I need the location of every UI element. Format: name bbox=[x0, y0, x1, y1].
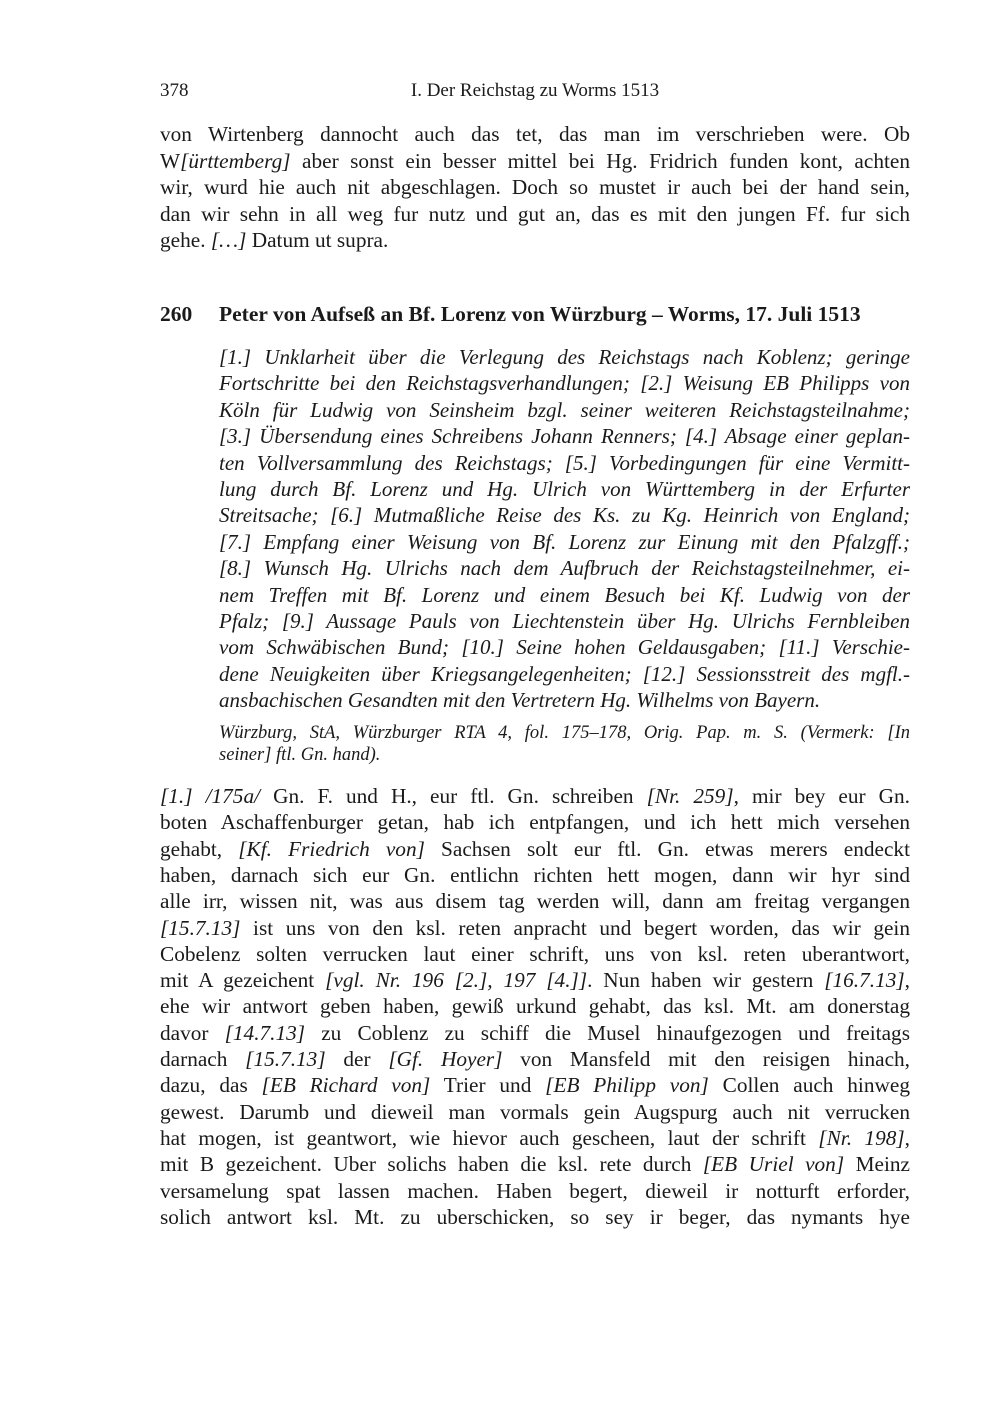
editorial-annotation: [EB Uriel von] bbox=[703, 1152, 844, 1176]
text-run: zu Coblenz zu schiff die Musel hinaufgez… bbox=[305, 1021, 910, 1045]
source-line: Würzburg, StA, Würzburger RTA 4, fol. 17… bbox=[219, 722, 910, 744]
editorial-annotation: seiner] bbox=[219, 745, 271, 765]
text-line: dazu, das [EB Richard von] Trier und [EB… bbox=[160, 1072, 910, 1098]
text-run: Gn. F. und H., eur ftl. Gn. schreiben bbox=[260, 784, 647, 808]
text-run: mit A gezeichent bbox=[160, 968, 325, 992]
summary-line: [7.] Empfang einer Weisung von Bf. Loren… bbox=[219, 529, 910, 555]
text-run: gehe. bbox=[160, 228, 211, 252]
document-number: 260 bbox=[160, 300, 219, 328]
text-run: von Wirtenberg dannocht auch das tet, da… bbox=[160, 122, 910, 146]
text-run: [7.] Empfang einer Weisung von Bf. Loren… bbox=[219, 530, 910, 554]
text-line: darnach [15.7.13] der [Gf. Hoyer] von Ma… bbox=[160, 1046, 910, 1072]
text-line: alle irr, wissen nit, was aus disem tag … bbox=[160, 888, 910, 914]
text-run: W bbox=[160, 149, 180, 173]
text-run: gehabt, bbox=[160, 837, 238, 861]
text-line: dan wir sehn in all weg fur nutz und gut… bbox=[160, 201, 910, 227]
text-line: gehe. […] Datum ut supra. bbox=[160, 227, 910, 253]
text-run: der bbox=[326, 1047, 389, 1071]
text-line: mit A gezeichent [vgl. Nr. 196 [2.], 197… bbox=[160, 967, 910, 993]
summary-line: Streitsache; [6.] Mutmaßliche Reise des … bbox=[219, 502, 910, 528]
summary-line: Fortschritte bei den Reichstagsverhandlu… bbox=[219, 370, 910, 396]
text-line: gehabt, [Kf. Friedrich von] Sachsen solt… bbox=[160, 836, 910, 862]
running-head: 378 I. Der Reichstag zu Worms 1513 bbox=[160, 80, 910, 108]
summary-line: dene Neuigkeiten über Kriegsangelegenhei… bbox=[219, 661, 910, 687]
text-run: aber sonst ein besser mittel bei Hg. Fri… bbox=[291, 149, 910, 173]
text-line: Cobelenz solten verrucken laut einer sch… bbox=[160, 941, 910, 967]
text-line: von Wirtenberg dannocht auch das tet, da… bbox=[160, 121, 910, 147]
text-run: , mir bey eur Gn. bbox=[734, 784, 910, 808]
editorial-annotation: [Nr. 198] bbox=[818, 1126, 904, 1150]
text-run: . Nun haben wir gestern bbox=[587, 968, 824, 992]
text-run: dazu, das bbox=[160, 1073, 262, 1097]
text-run: ansbachischen Gesandten mit den Vertrete… bbox=[219, 688, 820, 712]
summary-line: lung durch Bf. Lorenz und Hg. Ulrich von… bbox=[219, 476, 910, 502]
text-line: wir, wurd hie auch nit abgeschlagen. Doc… bbox=[160, 174, 910, 200]
text-run: Trier und bbox=[430, 1073, 545, 1097]
text-run: nem Treffen mit Bf. Lorenz und einem Bes… bbox=[219, 583, 910, 607]
text-line: haben, darnach sich eur Gn. entlichn ric… bbox=[160, 862, 910, 888]
text-run: Fortschritte bei den Reichstagsverhandlu… bbox=[219, 371, 910, 395]
text-run: mit B gezeichent. Uber solichs haben die… bbox=[160, 1152, 703, 1176]
text-run: ftl. Gn. hand bbox=[271, 745, 369, 765]
source-line: seiner] ftl. Gn. hand). bbox=[219, 744, 910, 766]
text-run: , bbox=[905, 1126, 910, 1150]
text-run: solich antwort ksl. Mt. zu uberschicken,… bbox=[160, 1205, 910, 1229]
text-run: Meinz bbox=[844, 1152, 910, 1176]
text-line: [1.] /175a/ Gn. F. und H., eur ftl. Gn. … bbox=[160, 783, 910, 809]
summary-line: ten Vollversammlung des Reichstags; [5.]… bbox=[219, 450, 910, 476]
editorial-annotation: [Kf. Friedrich von] bbox=[238, 837, 425, 861]
text-run: Pfalz; [9.] Aussage Pauls von Liechtenst… bbox=[219, 609, 910, 633]
text-run: von Mansfeld mit den reisigen hinach, bbox=[502, 1047, 910, 1071]
editorial-annotation: [vgl. Nr. 196 [2.], 197 [4.]] bbox=[325, 968, 587, 992]
text-run: darnach bbox=[160, 1047, 245, 1071]
text-run: hat mogen, ist geantwort, wie hievor auc… bbox=[160, 1126, 818, 1150]
editorial-annotation: Würzburg, StA, Würzburger RTA 4, fol. 17… bbox=[219, 723, 910, 743]
text-run: davor bbox=[160, 1021, 225, 1045]
text-run: Cobelenz solten verrucken laut einer sch… bbox=[160, 942, 910, 966]
text-line: mit B gezeichent. Uber solichs haben die… bbox=[160, 1151, 910, 1177]
summary-line: [8.] Wunsch Hg. Ulrichs nach dem Aufbruc… bbox=[219, 555, 910, 581]
editorial-annotation: ). bbox=[370, 745, 381, 765]
text-line: gewest. Darumb und dieweil man vormals g… bbox=[160, 1099, 910, 1125]
text-run: Sachsen solt eur ftl. Gn. etwas merers e… bbox=[425, 837, 910, 861]
text-run: boten Aschaffenburger getan, hab ich ent… bbox=[160, 810, 910, 834]
text-line: ehe wir antwort geben haben, gewiß urkun… bbox=[160, 993, 910, 1019]
text-run: Streitsache; [6.] Mutmaßliche Reise des … bbox=[219, 503, 910, 527]
text-run: , bbox=[905, 968, 910, 992]
text-run: Datum ut supra. bbox=[246, 228, 388, 252]
editorial-annotation: [16.7.13] bbox=[824, 968, 904, 992]
editorial-annotation: [Gf. Hoyer] bbox=[388, 1047, 502, 1071]
document-title: Peter von Aufseß an Bf. Lorenz von Würzb… bbox=[219, 302, 861, 326]
text-run: ehe wir antwort geben haben, gewiß urkun… bbox=[160, 994, 910, 1018]
text-run: dene Neuigkeiten über Kriegsangelegenhei… bbox=[219, 662, 910, 686]
text-line: W[ürttemberg] aber sonst ein besser mitt… bbox=[160, 148, 910, 174]
document-heading: 260Peter von Aufseß an Bf. Lorenz von Wü… bbox=[160, 300, 910, 328]
editorial-annotation: [EB Philipp von] bbox=[545, 1073, 709, 1097]
summary-line: [1.] Unklarheit über die Verlegung des R… bbox=[219, 344, 910, 370]
summary-line: Pfalz; [9.] Aussage Pauls von Liechtenst… bbox=[219, 608, 910, 634]
text-run: Collen auch hinweg bbox=[709, 1073, 910, 1097]
editorial-annotation: [EB Richard von] bbox=[262, 1073, 431, 1097]
editorial-annotation: [15.7.13] bbox=[245, 1047, 325, 1071]
text-run: Köln für Ludwig von Seinsheim bzgl. sein… bbox=[219, 398, 910, 422]
text-run: gewest. Darumb und dieweil man vormals g… bbox=[160, 1100, 910, 1124]
summary-line: ansbachischen Gesandten mit den Vertrete… bbox=[219, 687, 910, 713]
editorial-annotation: [1.] /175a/ bbox=[160, 784, 260, 808]
text-line: boten Aschaffenburger getan, hab ich ent… bbox=[160, 809, 910, 835]
text-run: dan wir sehn in all weg fur nutz und gut… bbox=[160, 202, 910, 226]
summary-line: vom Schwäbischen Bund; [10.] Seine hohen… bbox=[219, 634, 910, 660]
text-run: wir, wurd hie auch nit abgeschlagen. Doc… bbox=[160, 175, 910, 199]
text-run: [8.] Wunsch Hg. Ulrichs nach dem Aufbruc… bbox=[219, 556, 910, 580]
text-run: alle irr, wissen nit, was aus disem tag … bbox=[160, 889, 910, 913]
text-run: ten Vollversammlung des Reichstags; [5.]… bbox=[219, 451, 910, 475]
editorial-annotation: [Nr. 259] bbox=[647, 784, 734, 808]
text-run: lung durch Bf. Lorenz und Hg. Ulrich von… bbox=[219, 477, 910, 501]
text-line: hat mogen, ist geantwort, wie hievor auc… bbox=[160, 1125, 910, 1151]
editorial-annotation: [ürttemberg] bbox=[180, 149, 290, 173]
text-line: versamelung spat lassen machen. Haben be… bbox=[160, 1178, 910, 1204]
summary-line: nem Treffen mit Bf. Lorenz und einem Bes… bbox=[219, 582, 910, 608]
summary-line: [3.] Übersendung eines Schreibens Johann… bbox=[219, 423, 910, 449]
text-line: davor [14.7.13] zu Coblenz zu schiff die… bbox=[160, 1020, 910, 1046]
summary-line: Köln für Ludwig von Seinsheim bzgl. sein… bbox=[219, 397, 910, 423]
editorial-annotation: [15.7.13] bbox=[160, 916, 240, 940]
text-run: versamelung spat lassen machen. Haben be… bbox=[160, 1179, 910, 1203]
text-run: ist uns von den ksl. reten anpracht und … bbox=[240, 916, 910, 940]
text-run: haben, darnach sich eur Gn. entlichn ric… bbox=[160, 863, 910, 887]
running-head-title: I. Der Reichstag zu Worms 1513 bbox=[160, 80, 910, 102]
text-run: vom Schwäbischen Bund; [10.] Seine hohen… bbox=[219, 635, 910, 659]
text-run: [3.] Übersendung eines Schreibens Johann… bbox=[219, 424, 910, 448]
editorial-annotation: […] bbox=[211, 228, 247, 252]
text-line: [15.7.13] ist uns von den ksl. reten anp… bbox=[160, 915, 910, 941]
text-line: solich antwort ksl. Mt. zu uberschicken,… bbox=[160, 1204, 910, 1230]
editorial-annotation: [14.7.13] bbox=[225, 1021, 305, 1045]
text-run: [1.] Unklarheit über die Verlegung des R… bbox=[219, 345, 910, 369]
